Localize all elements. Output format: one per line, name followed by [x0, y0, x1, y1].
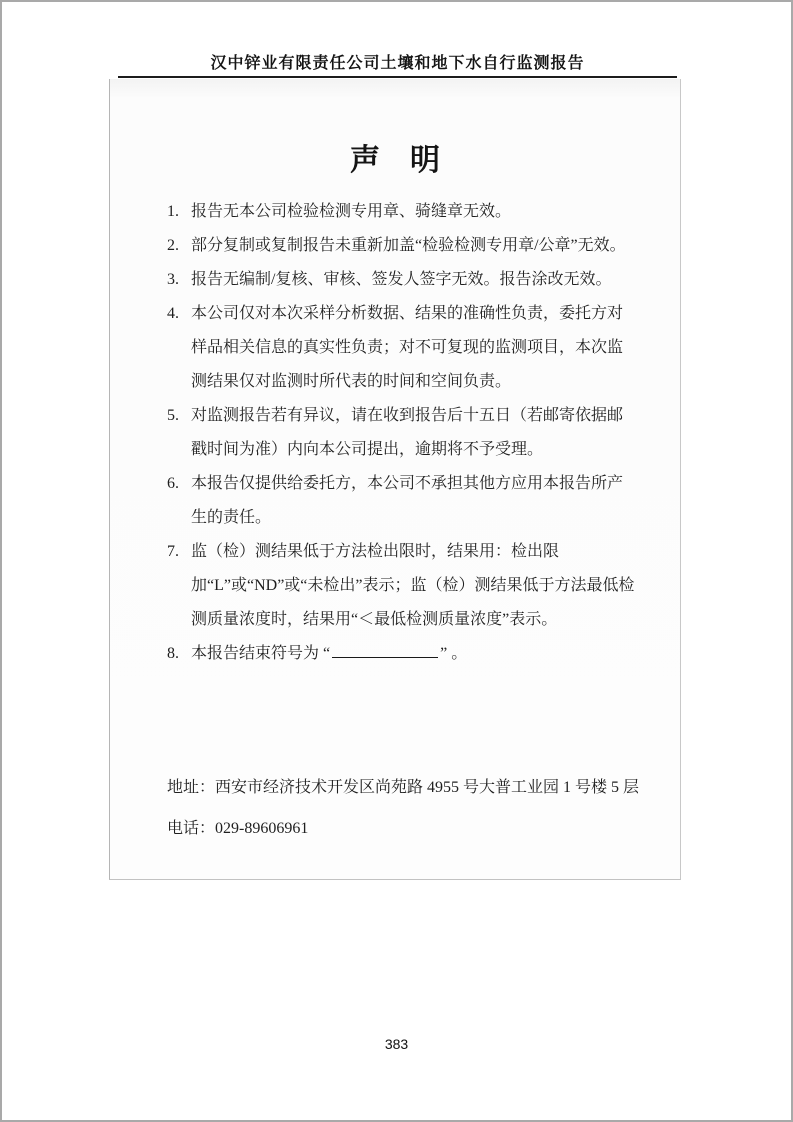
- item-number: 4.: [167, 297, 191, 331]
- item-number: 2.: [167, 229, 191, 263]
- item-number: 8.: [167, 637, 191, 671]
- item-number: 7.: [167, 535, 191, 569]
- end-symbol-blank: [332, 642, 438, 658]
- report-page: 汉中锌业有限责任公司土壤和地下水自行监测报告 声 明 1. 报告无本公司检验检测…: [0, 0, 793, 1122]
- statement-item-1: 1. 报告无本公司检验检测专用章、骑缝章无效。: [167, 195, 635, 229]
- item-text: 报告无本公司检验检测专用章、骑缝章无效。: [191, 195, 635, 229]
- item-text: 本公司仅对本次采样分析数据、结果的准确性负责，委托方对样品相关信息的真实性负责；…: [191, 297, 635, 399]
- running-header: 汉中锌业有限责任公司土壤和地下水自行监测报告: [118, 50, 677, 82]
- contact-phone: 电话：029-89606961: [167, 808, 639, 849]
- statement-heading: 声 明: [110, 135, 680, 179]
- contact-block: 地址：西安市经济技术开发区尚苑路 4955 号大普工业园 1 号楼 5 层 电话…: [167, 767, 639, 849]
- statement-sheet: 声 明 1. 报告无本公司检验检测专用章、骑缝章无效。 2. 部分复制或复制报告…: [109, 79, 681, 880]
- statement-item-4: 4. 本公司仅对本次采样分析数据、结果的准确性负责，委托方对样品相关信息的真实性…: [167, 297, 635, 399]
- item-text-after: ” 。: [440, 645, 467, 662]
- page-number: 383: [2, 1036, 791, 1052]
- statement-item-7: 7. 监（检）测结果低于方法检出限时，结果用：检出限加“L”或“ND”或“未检出…: [167, 535, 635, 637]
- statement-item-3: 3. 报告无编制/复核、审核、签发人签字无效。报告涂改无效。: [167, 263, 635, 297]
- statement-item-5: 5. 对监测报告若有异议，请在收到报告后十五日（若邮寄依据邮戳时间为准）内向本公…: [167, 399, 635, 467]
- item-text: 部分复制或复制报告未重新加盖“检验检测专用章/公章”无效。: [191, 229, 635, 263]
- item-text: 报告无编制/复核、审核、签发人签字无效。报告涂改无效。: [191, 263, 635, 297]
- item-text-before: 本报告结束符号为 “: [191, 645, 330, 662]
- statement-list: 1. 报告无本公司检验检测专用章、骑缝章无效。 2. 部分复制或复制报告未重新加…: [167, 195, 635, 671]
- item-number: 1.: [167, 195, 191, 229]
- contact-address: 地址：西安市经济技术开发区尚苑路 4955 号大普工业园 1 号楼 5 层: [167, 767, 639, 808]
- report-title: 汉中锌业有限责任公司土壤和地下水自行监测报告: [118, 50, 677, 76]
- statement-item-6: 6. 本报告仅提供给委托方，本公司不承担其他方应用本报告所产生的责任。: [167, 467, 635, 535]
- item-text: 对监测报告若有异议，请在收到报告后十五日（若邮寄依据邮戳时间为准）内向本公司提出…: [191, 399, 635, 467]
- item-number: 3.: [167, 263, 191, 297]
- item-number: 6.: [167, 467, 191, 501]
- item-number: 5.: [167, 399, 191, 433]
- item-text: 监（检）测结果低于方法检出限时，结果用：检出限加“L”或“ND”或“未检出”表示…: [191, 535, 635, 637]
- statement-item-2: 2. 部分复制或复制报告未重新加盖“检验检测专用章/公章”无效。: [167, 229, 635, 263]
- statement-item-8: 8. 本报告结束符号为 “” 。: [167, 637, 635, 671]
- item-text: 本报告结束符号为 “” 。: [191, 637, 635, 671]
- item-text: 本报告仅提供给委托方，本公司不承担其他方应用本报告所产生的责任。: [191, 467, 635, 535]
